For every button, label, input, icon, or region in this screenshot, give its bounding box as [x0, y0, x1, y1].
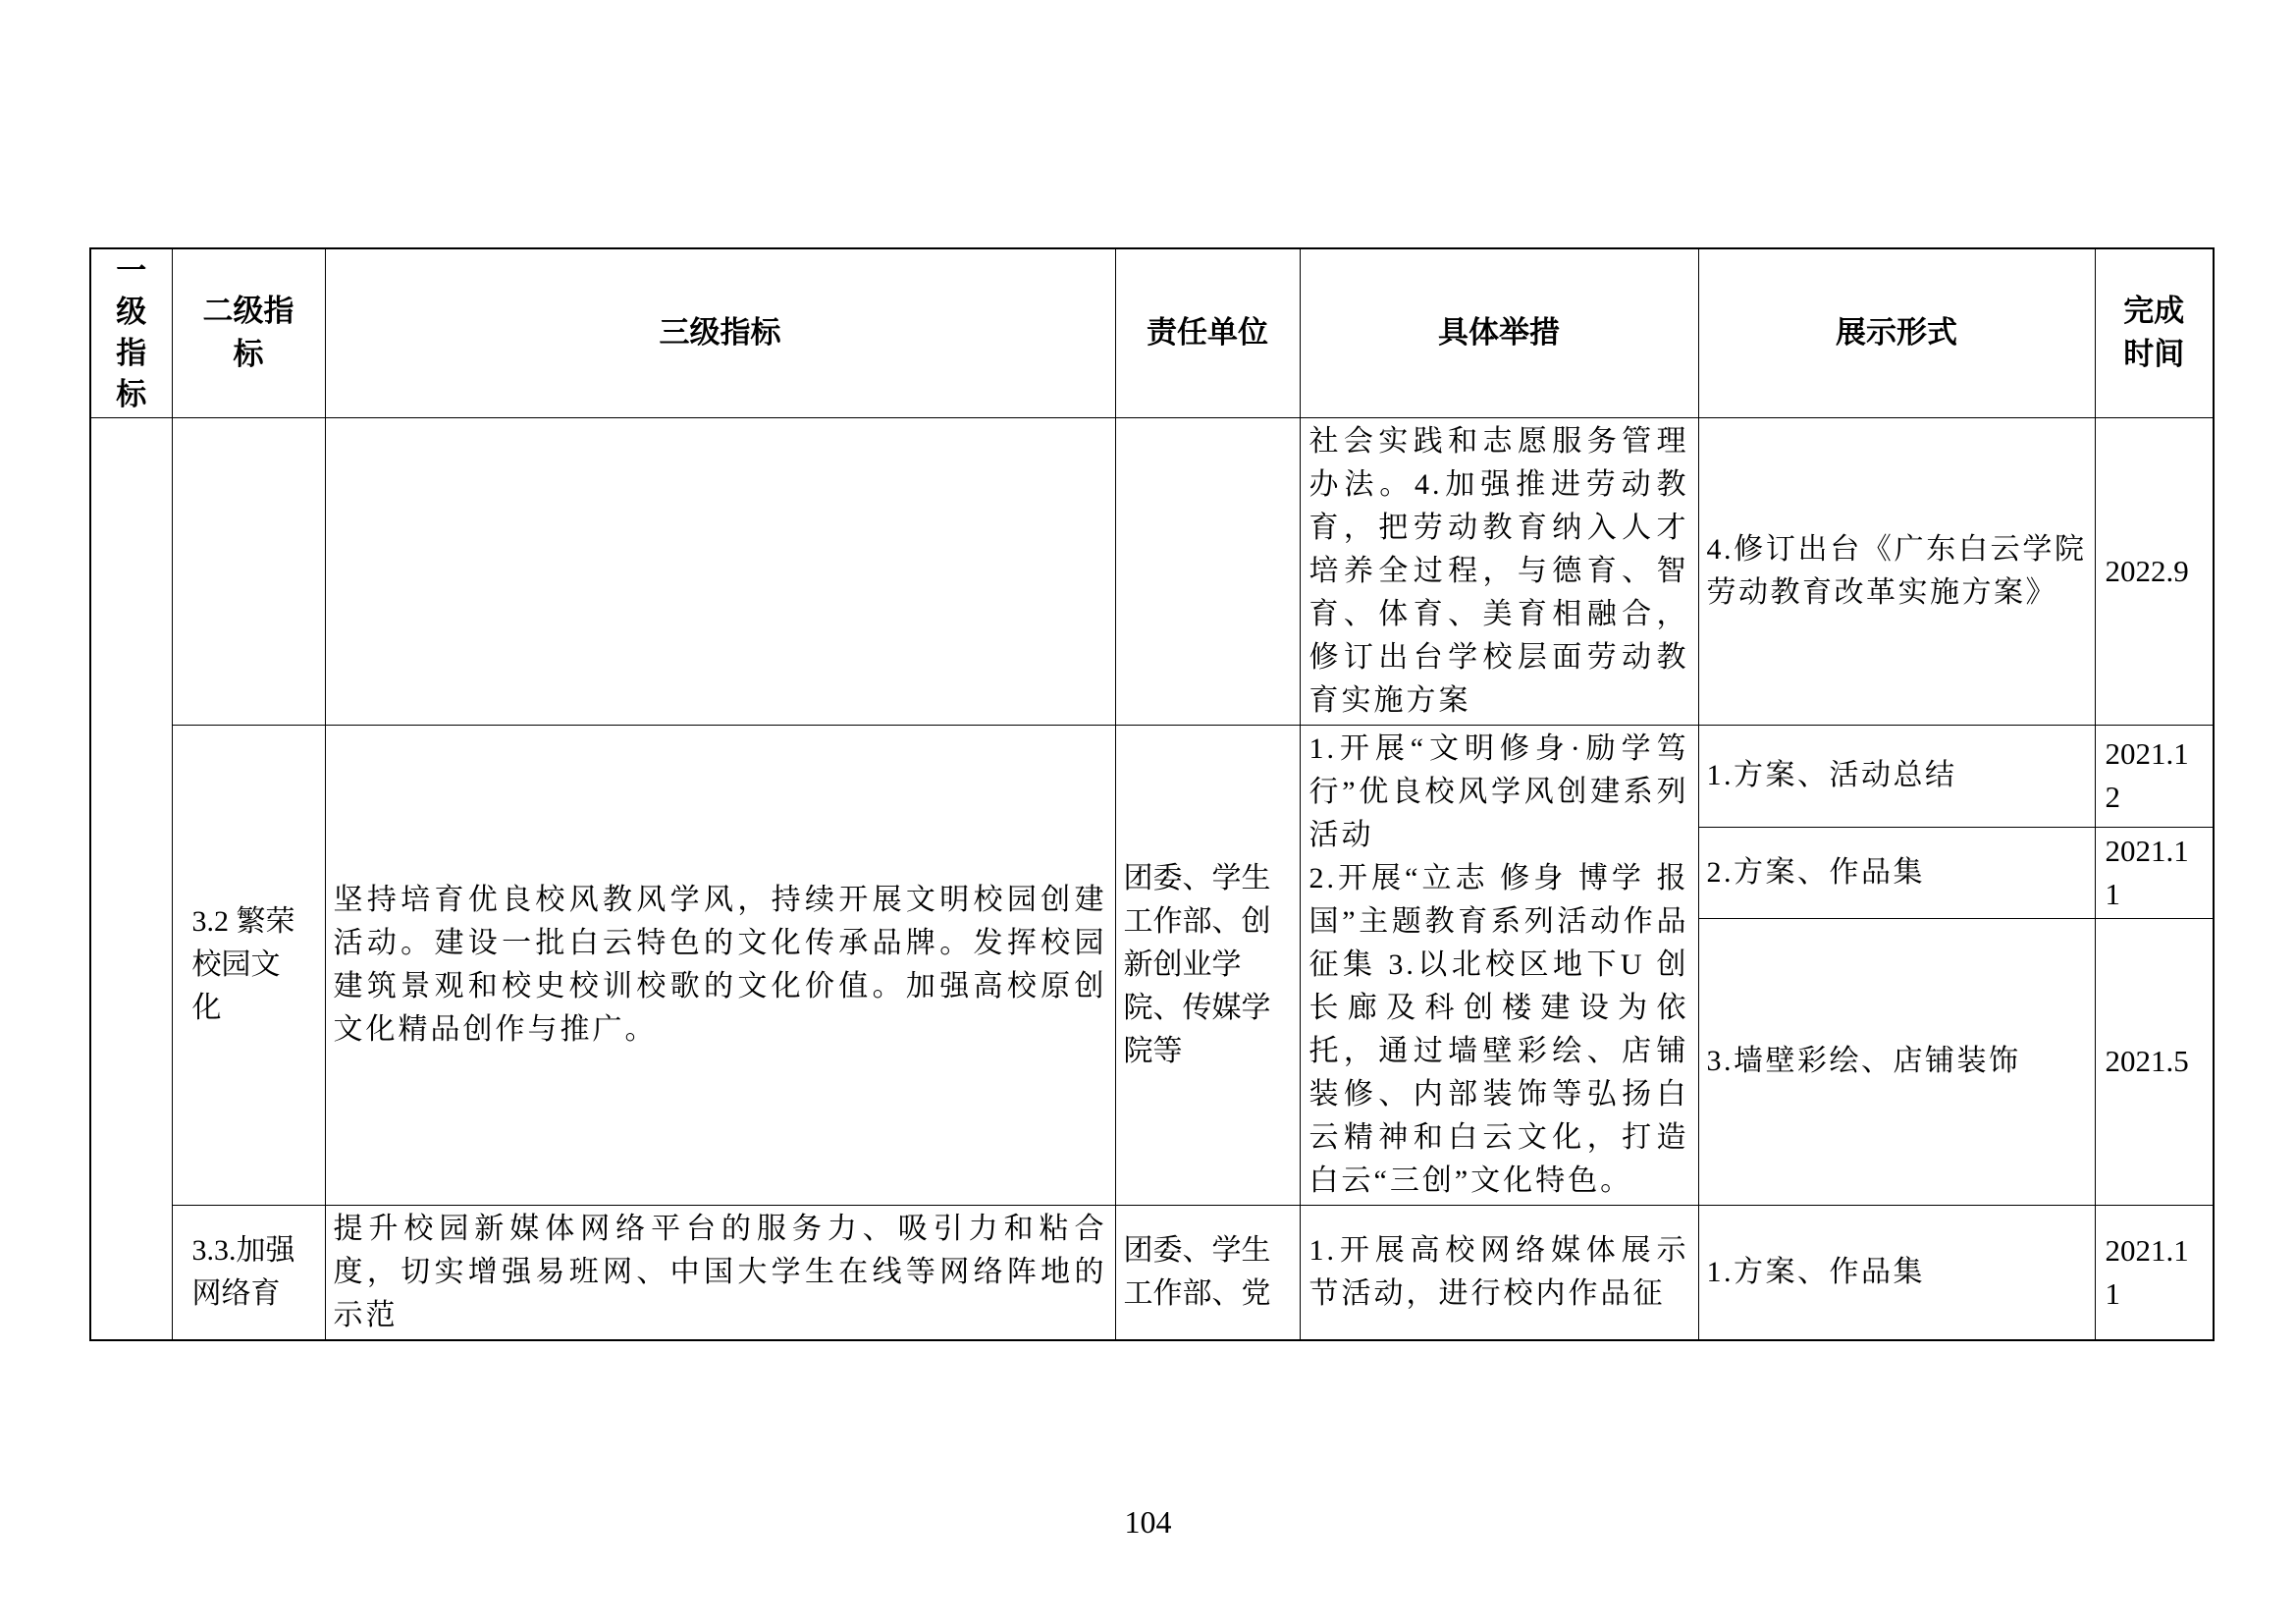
- header-level1-indicator: 一级指标: [90, 248, 172, 417]
- table-row-continuation: 社会实践和志愿服务管理办法。4.加强推进劳动教育，把劳动教育纳入人才培养全过程，…: [90, 417, 2214, 725]
- header-display-form: 展示形式: [1698, 248, 2095, 417]
- responsible-unit-cell: 团委、学生工作部、党: [1115, 1205, 1300, 1340]
- completion-time-cell: 2021.12: [2095, 725, 2214, 827]
- header-responsible-unit: 责任单位: [1115, 248, 1300, 417]
- table-row-3-3: 3.3.加强网络育 提升校园新媒体网络平台的服务力、吸引力和粘合度，切实增强易班…: [90, 1205, 2214, 1340]
- display-form-cell: 1.方案、作品集: [1698, 1205, 2095, 1340]
- level3-indicator-cell: 提升校园新媒体网络平台的服务力、吸引力和粘合度，切实增强易班网、中国大学生在线等…: [325, 1205, 1115, 1340]
- measures-cell: 社会实践和志愿服务管理办法。4.加强推进劳动教育，把劳动教育纳入人才培养全过程，…: [1300, 417, 1698, 725]
- header-level3-indicator: 三级指标: [325, 248, 1115, 417]
- indicator-table: 一级指标 二级指标 三级指标 责任单位 具体举措 展示形式 完成时间 社会实践和…: [89, 247, 2215, 1341]
- document-page: 一级指标 二级指标 三级指标 责任单位 具体举措 展示形式 完成时间 社会实践和…: [0, 0, 2296, 1624]
- level3-empty-cell: [325, 417, 1115, 725]
- measures-cell: 1.开展“文明修身·励学笃行”优良校风学风创建系列活动 2.开展“立志 修身 博…: [1300, 725, 1698, 1205]
- completion-time-cell: 2021.11: [2095, 1205, 2214, 1340]
- level3-indicator-cell: 坚持培育优良校风教风学风，持续开展文明校园创建活动。建设一批白云特色的文化传承品…: [325, 725, 1115, 1205]
- unit-empty-cell: [1115, 417, 1300, 725]
- completion-time-cell: 2021.11: [2095, 827, 2214, 918]
- table-row-3-2-sub1: 3.2 繁荣校园文化 坚持培育优良校风教风学风，持续开展文明校园创建活动。建设一…: [90, 725, 2214, 827]
- level2-indicator-cell: 3.3.加强网络育: [172, 1205, 325, 1340]
- responsible-unit-cell: 团委、学生工作部、创新创业学院、传媒学院等: [1115, 725, 1300, 1205]
- level2-indicator-cell: 3.2 繁荣校园文化: [172, 725, 325, 1205]
- display-form-cell: 4.修订出台《广东白云学院劳动教育改革实施方案》: [1698, 417, 2095, 725]
- completion-time-cell: 2022.9: [2095, 417, 2214, 725]
- header-level2-indicator: 二级指标: [172, 248, 325, 417]
- display-form-cell: 3.墙壁彩绘、店铺装饰: [1698, 919, 2095, 1205]
- measures-cell: 1.开展高校网络媒体展示节活动，进行校内作品征: [1300, 1205, 1698, 1340]
- display-form-cell: 1.方案、活动总结: [1698, 725, 2095, 827]
- display-form-cell: 2.方案、作品集: [1698, 827, 2095, 918]
- header-row: 一级指标 二级指标 三级指标 责任单位 具体举措 展示形式 完成时间: [90, 248, 2214, 417]
- level2-empty-cell: [172, 417, 325, 725]
- header-completion-time: 完成时间: [2095, 248, 2214, 417]
- page-number: 104: [0, 1500, 2296, 1543]
- level1-indicator-merged-cell: [90, 417, 172, 1340]
- completion-time-cell: 2021.5: [2095, 919, 2214, 1205]
- header-specific-measures: 具体举措: [1300, 248, 1698, 417]
